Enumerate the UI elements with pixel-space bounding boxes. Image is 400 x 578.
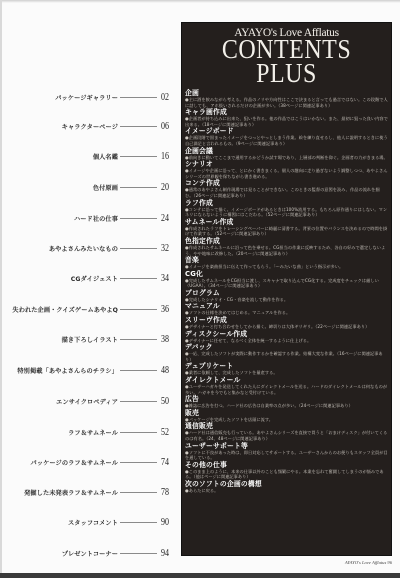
leader-line bbox=[120, 339, 157, 340]
step-body: ●企画者が持ち込みに出来た、狙いを作る。他の作品ではこうはいかない。また、最初に… bbox=[185, 116, 388, 127]
step-body: ●前向きに動いてここまで通用するかどうか試す場であり、上層部の判断を仰ぐ。企画者… bbox=[185, 155, 388, 161]
workflow-step: コンテ作成●通常のあやよさん制作現場では見ることができない。このときの監督の意図… bbox=[185, 179, 388, 198]
toc-page-number: 38 bbox=[161, 334, 169, 345]
toc-page-number: 50 bbox=[161, 396, 169, 407]
workflow-panel: AYAYO's Love Afflatus CONTENTS PLUS 企画●主… bbox=[181, 22, 392, 556]
leader-line bbox=[120, 370, 157, 371]
step-heading: イメージボード bbox=[185, 127, 388, 135]
workflow-step: 企画●主に酒を飲みながら考える。作品のノリや方向性はここで決まると言っても過言で… bbox=[185, 89, 388, 108]
step-body: ●コンテに沿って描く。イメージボードがあるときは100%流用する。もちろん原作通… bbox=[185, 207, 388, 218]
toc-entry[interactable]: 発掘した未発表ラフ＆サムネール 78 bbox=[0, 485, 178, 499]
toc-entry-label: 描き下ろしイラスト bbox=[62, 335, 118, 344]
toc-page-number: 02 bbox=[161, 92, 169, 103]
leader-line bbox=[120, 432, 157, 433]
workflow-step: 通信販売●ハード社は通信販売も行っている。あやよさんシリーズを直接で買うと「おま… bbox=[185, 422, 388, 441]
workflow-step: シナリオ●イメージや企画に沿って、とにかく書きまくる。個人の趣向に走り過ぎないよ… bbox=[185, 160, 388, 179]
workflow-step: 次のソフトの企画の構想●あらたに戻る。 bbox=[185, 480, 388, 494]
step-body: ●ユーザーハガキを発送してくれた人にダイレクトメールを送る。ハードのダイレクトメ… bbox=[185, 384, 388, 395]
step-heading: ダイレクトメール bbox=[185, 376, 388, 384]
workflow-step: プログラム●完成したシナリオ・CG・音楽を流して動作を作る。 bbox=[185, 289, 388, 303]
step-heading: 次のソフトの企画の構想 bbox=[185, 480, 388, 488]
toc-page-number: 74 bbox=[161, 457, 169, 468]
toc-entry[interactable]: 特別掲載「あやよさんらのチラシ」 48 bbox=[0, 363, 178, 377]
workflow-step: 音楽●イメージを楽曲担当に伝えて作ってもらう。「〜みたいな曲」という指示が多い。 bbox=[185, 256, 388, 270]
toc-entry[interactable]: パッケージのラフ＆サムネール 74 bbox=[0, 455, 178, 469]
leader-line bbox=[120, 462, 157, 463]
toc-entry-label: スタッフコメント bbox=[68, 518, 118, 527]
step-heading: 企画 bbox=[185, 89, 388, 97]
leader-line bbox=[120, 156, 157, 157]
page-bottom-edge bbox=[0, 573, 400, 578]
toc-entry[interactable]: CGダイジェスト 34 bbox=[0, 271, 178, 285]
workflow-step: イメージボード●企画段階で固まったイメージをつっとやっとしまう作業。絵を練り直せ… bbox=[185, 127, 388, 146]
step-body: ●主に酒を飲みながら考える。作品のノリや方向性はここで決まると言っても過言ではな… bbox=[185, 97, 388, 108]
toc-page-number: 32 bbox=[161, 243, 169, 254]
step-heading: その他の仕事 bbox=[185, 461, 388, 469]
step-body: ●作成されたラフをトレーシングペーパーに綺麗に清書する。背景の位置やバランスを決… bbox=[185, 226, 388, 237]
toc-entry-label: パッケージギャラリー bbox=[55, 93, 118, 102]
step-body: ●あらたに戻る。 bbox=[185, 488, 388, 494]
toc-entry-label: ラフ＆サムネール bbox=[68, 428, 118, 437]
step-heading: ラフ作成 bbox=[185, 199, 388, 207]
workflow-step: デュプリケート●業者に依頼して、完成したソフトを量産する。 bbox=[185, 362, 388, 376]
step-body: ●ハード社は通信販売も行っている。あやよさんシリーズを直接で買うと「おまけディス… bbox=[185, 430, 388, 441]
step-heading: 販売 bbox=[185, 409, 388, 417]
step-heading: デュプリケート bbox=[185, 362, 388, 370]
workflow-step: マニュアル●ソフトの仕様を決めてはじめる。マニュアルを作る。 bbox=[185, 302, 388, 316]
toc-entry[interactable]: キャラクターページ 06 bbox=[0, 119, 178, 133]
leader-line bbox=[120, 492, 157, 493]
workflow-step: デバック●一応、完成したソフトが実際に動作するかを確認する作業。結構大変な作業。… bbox=[185, 343, 388, 362]
step-heading: サムネール作成 bbox=[185, 218, 388, 226]
toc-entry[interactable]: ラフ＆サムネール 52 bbox=[0, 425, 178, 439]
toc-page-number: 48 bbox=[161, 365, 169, 376]
toc-entry-label: プレゼントコーナー bbox=[62, 549, 118, 558]
workflow-step: キャラ画作成●企画者が持ち込みに出来た、狙いを作る。他の作品ではこうはいかない。… bbox=[185, 108, 388, 127]
step-heading: 企画会議 bbox=[185, 147, 388, 155]
step-heading: スリーヴ作成 bbox=[185, 316, 388, 324]
step-heading: 広告 bbox=[185, 395, 388, 403]
step-body: ●デザイナーと打ち合わせをしてから描く。締切りは大体ギリギリ。（22ページに関連… bbox=[185, 324, 388, 330]
toc-entry[interactable]: 描き下ろしイラスト 38 bbox=[0, 332, 178, 346]
step-body: ●企画段階で固まったイメージをつっとやっとしまう作業。絵を練り直せるし、他人に説… bbox=[185, 135, 388, 146]
toc-page-number: 90 bbox=[161, 517, 169, 528]
table-of-contents: パッケージギャラリー 02 キャラクターページ 06 個人名鑑 16 色付原画 … bbox=[0, 0, 178, 578]
step-body: ●このまま上のように、本来の仕事以外のことも頻繁にやる。本業を忘れて奮闘してしま… bbox=[185, 469, 388, 480]
workflow-step: ラフ作成●コンテに沿って描く。イメージボードがあるときは100%流用する。もちろ… bbox=[185, 199, 388, 218]
toc-page-number: 36 bbox=[161, 304, 169, 315]
workflow-step: スリーヴ作成●デザイナーと打ち合わせをしてから描く。締切りは大体ギリギリ。（22… bbox=[185, 316, 388, 330]
step-body: ●作成されたサムネールに沿って色を乗せる。CG担当の作業に反映するため、各自の好… bbox=[185, 245, 388, 256]
step-heading: 音楽 bbox=[185, 256, 388, 264]
workflow-step: ダイレクトメール●ユーザーハガキを発送してくれた人にダイレクトメールを送る。ハー… bbox=[185, 376, 388, 395]
toc-page-number: 34 bbox=[161, 273, 169, 284]
toc-entry-label: 失われた企画・クイズゲームあやよQ bbox=[12, 305, 118, 314]
leader-line bbox=[120, 401, 157, 402]
toc-entry[interactable]: 個人名鑑 16 bbox=[0, 149, 178, 163]
panel-header: AYAYO's Love Afflatus CONTENTS PLUS bbox=[182, 27, 391, 85]
toc-entry-label: ハード社の仕事 bbox=[74, 214, 118, 223]
toc-entry[interactable]: パッケージギャラリー 02 bbox=[0, 90, 178, 104]
leader-line bbox=[120, 522, 157, 523]
toc-entry[interactable]: スタッフコメント 90 bbox=[0, 515, 178, 529]
step-body: ●完成したサムネールをCG担当に渡し、スキャナで取り込んでCG化する。完成度をチ… bbox=[185, 278, 388, 289]
workflow-step: ディスクシール作成●デザイナーに任せて、なるべく全体を統一するように仕上げる。 bbox=[185, 330, 388, 344]
workflow-step: 企画会議●前向きに動いてここまで通用するかどうか試す場であり、上層部の判断を仰ぐ… bbox=[185, 147, 388, 161]
workflow-step: その他の仕事●このまま上のように、本来の仕事以外のことも頻繁にやる。本業を忘れて… bbox=[185, 461, 388, 480]
step-heading: 通信販売 bbox=[185, 422, 388, 430]
step-body: ●イメージや企画に沿って、とにかく書きまくる。個人の趣向に走り過ぎないよう調整し… bbox=[185, 168, 388, 179]
toc-entry-label: 発掘した未発表ラフ＆サムネール bbox=[24, 488, 118, 497]
toc-page-number: 78 bbox=[161, 487, 169, 498]
toc-entry-label: 個人名鑑 bbox=[93, 152, 118, 161]
step-body: ●ソフトに不良があった時は、即日対応してサポートする。ユーザーさんからのお便りも… bbox=[185, 450, 388, 461]
leader-line bbox=[120, 248, 157, 249]
toc-page-number: 06 bbox=[161, 121, 169, 132]
toc-page-number: 16 bbox=[161, 151, 169, 162]
toc-entry[interactable]: ハード社の仕事 24 bbox=[0, 211, 178, 225]
toc-entry[interactable]: 失われた企画・クイズゲームあやよQ 36 bbox=[0, 302, 178, 316]
leader-line bbox=[120, 278, 157, 279]
workflow-step: ユーザーサポート等●ソフトに不良があった時は、即日対応してサポートする。ユーザー… bbox=[185, 442, 388, 461]
leader-line bbox=[120, 218, 157, 219]
plus-title: PLUS bbox=[182, 61, 391, 86]
toc-entry[interactable]: プレゼントコーナー 94 bbox=[0, 546, 178, 560]
step-heading: シナリオ bbox=[185, 160, 388, 168]
workflow-step: 広告●雑誌に広告を打つ。ハード社の広告は自業率の点が多い。（24ページに関連記事… bbox=[185, 395, 388, 409]
workflow-step: CG化●完成したサムネールをCG担当に渡し、スキャナで取り込んでCG化する。完成… bbox=[185, 270, 388, 289]
leader-line bbox=[120, 126, 157, 127]
toc-page-number: 20 bbox=[161, 182, 169, 193]
step-heading: 色指定作成 bbox=[185, 237, 388, 245]
step-heading: コンテ作成 bbox=[185, 179, 388, 187]
step-heading: デバック bbox=[185, 343, 388, 351]
toc-page-number: 24 bbox=[161, 213, 169, 224]
toc-page-number: 94 bbox=[161, 548, 169, 559]
step-heading: CG化 bbox=[185, 270, 388, 278]
toc-entry[interactable]: あやよさんみたいなもの 32 bbox=[0, 241, 178, 255]
leader-line bbox=[120, 553, 157, 554]
step-body: ●通常のあやよさん制作現場では見ることができない。このときの監督の意図を汲み、作… bbox=[185, 187, 388, 198]
toc-page-number: 52 bbox=[161, 427, 169, 438]
leader-line bbox=[120, 309, 157, 310]
leader-line bbox=[120, 97, 157, 98]
step-heading: プログラム bbox=[185, 289, 388, 297]
step-body: ●一応、完成したソフトが実際に動作するかを確認する作業。結構大変な作業。（16ペ… bbox=[185, 351, 388, 362]
workflow-step: サムネール作成●作成されたラフをトレーシングペーパーに綺麗に清書する。背景の位置… bbox=[185, 218, 388, 237]
step-heading: キャラ画作成 bbox=[185, 108, 388, 116]
toc-entry-label: CGダイジェスト bbox=[71, 274, 118, 283]
toc-entry[interactable]: エンサイクロペディア 50 bbox=[0, 394, 178, 408]
workflow-step: 販売●パッケージを完成したソフトを店頭に流す。 bbox=[185, 409, 388, 423]
toc-entry-label: キャラクターページ bbox=[62, 122, 118, 131]
leader-line bbox=[120, 187, 157, 188]
toc-entry-label: 特別掲載「あやよさんらのチラシ」 bbox=[17, 366, 118, 375]
toc-entry-label: 色付原画 bbox=[93, 183, 118, 192]
page-footer: AYAYO's Love Afflatus 96 bbox=[300, 560, 392, 565]
toc-entry-label: エンサイクロペディア bbox=[56, 397, 118, 406]
toc-entry-label: パッケージのラフ＆サムネール bbox=[31, 458, 118, 467]
toc-entry[interactable]: 色付原画 20 bbox=[0, 180, 178, 194]
toc-entry-label: あやよさんみたいなもの bbox=[49, 244, 118, 253]
workflow-sections: 企画●主に酒を飲みながら考える。作品のノリや方向性はここで決まると言っても過言で… bbox=[185, 89, 388, 494]
workflow-step: 色指定作成●作成されたサムネールに沿って色を乗せる。CG担当の作業に反映するため… bbox=[185, 237, 388, 256]
step-heading: ユーザーサポート等 bbox=[185, 442, 388, 450]
step-heading: ディスクシール作成 bbox=[185, 330, 388, 338]
step-heading: マニュアル bbox=[185, 302, 388, 310]
